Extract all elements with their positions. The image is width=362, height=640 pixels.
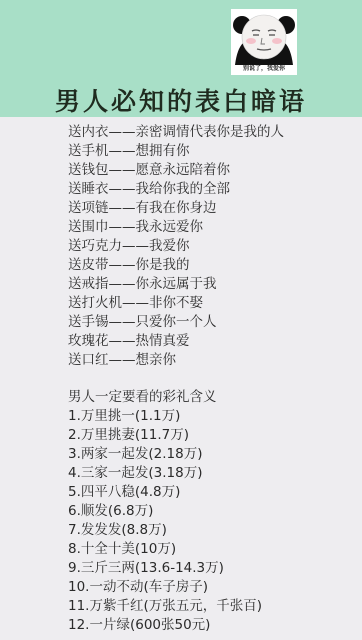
section-spacer xyxy=(68,370,358,388)
list-item: 2.万里挑妻(11.7万) xyxy=(68,426,358,445)
list-item: 送项链——有我在你身边 xyxy=(68,199,358,218)
list-item: 7.发发发(8.8万) xyxy=(68,521,358,540)
list-item: 3.两家一起发(2.18万) xyxy=(68,445,358,464)
gift-meaning-list: 送内衣——亲密调情代表你是我的人 送手机——想拥有你 送钱包——愿意永远陪着你 … xyxy=(68,123,358,370)
list-item: 送口红——想亲你 xyxy=(68,351,358,370)
list-item: 送围巾——我永远爱你 xyxy=(68,218,358,237)
list-item: 送钱包——愿意永远陪着你 xyxy=(68,161,358,180)
list-item: 4.三家一起发(3.18万) xyxy=(68,464,358,483)
list-item: 6.顺发(6.8万) xyxy=(68,502,358,521)
list-item: 送巧克力——我爱你 xyxy=(68,237,358,256)
meme-caption: 别说了，我爱你 xyxy=(231,63,297,72)
list-item: 送手锡——只爱你一个人 xyxy=(68,313,358,332)
meme-image: 别说了，我爱你 xyxy=(231,9,297,75)
betrothal-section: 男人一定要看的彩礼含义 1.万里挑一(1.1万) 2.万里挑妻(11.7万) 3… xyxy=(68,388,358,635)
list-item: 12.一片绿(600张50元) xyxy=(68,616,358,635)
list-item: 送戒指——你永远属于我 xyxy=(68,275,358,294)
header-banner: 别说了，我爱你 男人必知的表白暗语 xyxy=(0,0,362,117)
list-item: 送手机——想拥有你 xyxy=(68,142,358,161)
list-item: 送皮带——你是我的 xyxy=(68,256,358,275)
list-item: 送内衣——亲密调情代表你是我的人 xyxy=(68,123,358,142)
list-item: 1.万里挑一(1.1万) xyxy=(68,407,358,426)
list-item: 10.一动不动(车子房子) xyxy=(68,578,358,597)
list-item: 8.十全十美(10万) xyxy=(68,540,358,559)
content-body: 送内衣——亲密调情代表你是我的人 送手机——想拥有你 送钱包——愿意永远陪着你 … xyxy=(68,123,358,635)
list-item: 5.四平八稳(4.8万) xyxy=(68,483,358,502)
section-heading: 男人一定要看的彩礼含义 xyxy=(68,388,358,407)
list-item: 玫瑰花——热情真爱 xyxy=(68,332,358,351)
page-title: 男人必知的表白暗语 xyxy=(0,82,362,118)
list-item: 送打火机——非你不娶 xyxy=(68,294,358,313)
list-item: 11.万紫千红(万张五元，千张百) xyxy=(68,597,358,616)
list-item: 送睡衣——我给你我的全部 xyxy=(68,180,358,199)
panda-face-icon xyxy=(231,9,297,65)
list-item: 9.三斤三两(13.6-14.3万) xyxy=(68,559,358,578)
